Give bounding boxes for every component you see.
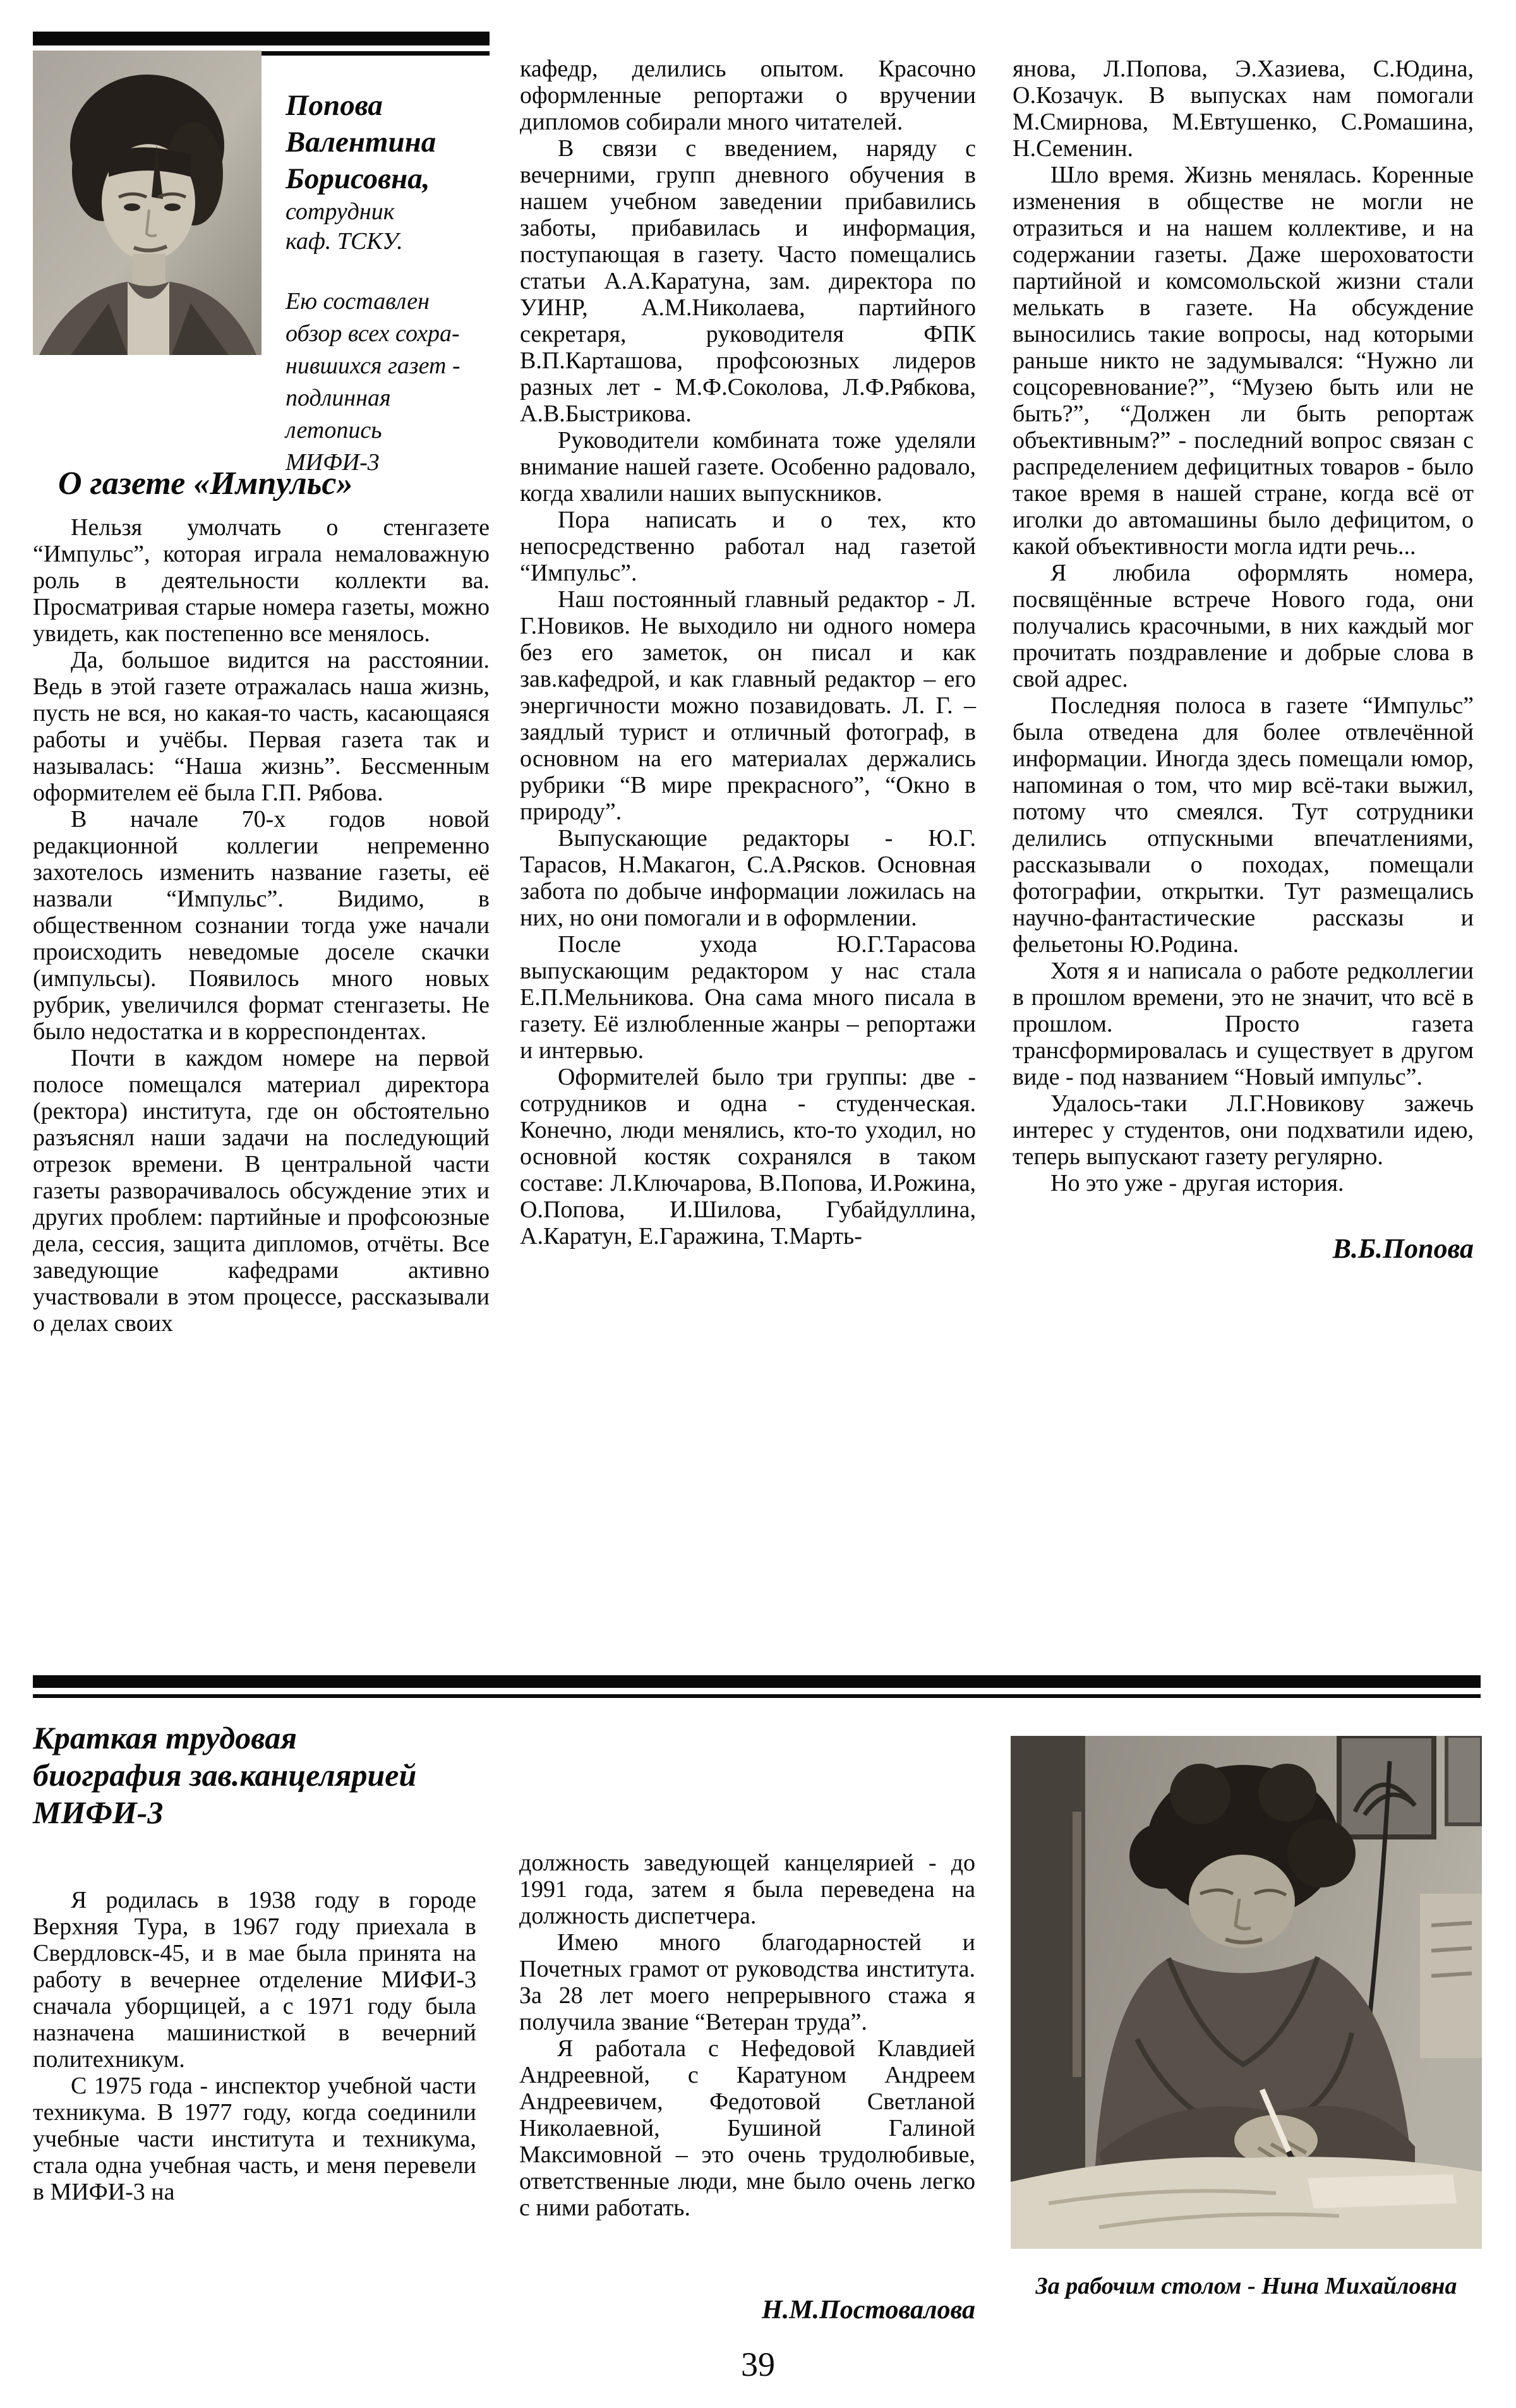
- paragraph: должность заведующей канцелярией - до 19…: [519, 1850, 975, 1929]
- portrait-photo-image: [33, 51, 262, 355]
- paragraph: С 1975 года - инспектор учебной части те…: [33, 2073, 476, 2205]
- page-number: 39: [0, 2345, 1516, 2384]
- bottom-article-column-1: Краткая трудовая биография зав.канцеляри…: [33, 1719, 476, 2205]
- paragraph: Последняя полоса в газете “Импульс” была…: [1013, 692, 1474, 958]
- desk-photo-image: [1011, 1736, 1482, 2249]
- paragraph: Наш постоянный главный редактор - Л. Г.Н…: [520, 586, 976, 825]
- bottom-title-line: биография зав.канцелярией: [33, 1757, 476, 1794]
- paragraph: Шло время. Жизнь менялась. Коренные изме…: [1013, 162, 1474, 560]
- byline-block: Попова Валентина Борисовна, сотрудник ка…: [286, 87, 497, 479]
- byline-note: Ею составлен обзор всех сохра- нившихся …: [286, 286, 497, 479]
- byline-role: сотрудник каф. ТСКУ.: [286, 197, 497, 256]
- byline-note-line: нившихся газет -: [286, 350, 497, 382]
- paragraph: Я работала с Нефедовой Клавдией Андреевн…: [519, 2035, 975, 2221]
- paragraph: Я любила оформлять номера, посвящённые в…: [1013, 560, 1474, 692]
- paragraph: Пора написать и о тех, кто непосредствен…: [520, 507, 976, 586]
- byline-role-line: каф. ТСКУ.: [286, 227, 497, 256]
- paragraph: Имею много благодарностей и Почетных гра…: [519, 1929, 975, 2035]
- byline-name-line: Валентина: [286, 124, 497, 160]
- paragraph: Оформителей было три группы: две - сотру…: [520, 1064, 976, 1249]
- rule-thin: [33, 1694, 1481, 1698]
- section-divider-double-rule: [33, 1675, 1481, 1698]
- bottom-article-column-2: должность заведующей канцелярией - до 19…: [519, 1850, 975, 2326]
- paragraph: В начале 70-х годов новой редакционной к…: [33, 806, 490, 1045]
- byline-note-line: летопись: [286, 414, 497, 447]
- paragraph: Да, большое видится на расстоянии. Ведь …: [33, 647, 490, 806]
- byline-note-line: подлинная: [286, 382, 497, 414]
- paragraph: Почти в каждом номере на первой полосе п…: [33, 1045, 490, 1337]
- article-column-2: кафедр, делились опытом. Красочно оформл…: [520, 56, 976, 1249]
- article-column-1: О газете «Импульс» Нельзя умолчать о сте…: [33, 465, 490, 1337]
- paragraph: Нельзя умолчать о стенгазете “Импульс”, …: [33, 514, 490, 647]
- rule-thick: [33, 32, 490, 45]
- paragraph: В связи с введением, наряду с вечерними,…: [520, 135, 976, 427]
- paragraph: кафедр, делились опытом. Красочно оформл…: [520, 56, 976, 135]
- paragraph: Хотя я и написала о работе редколлегии в…: [1013, 958, 1474, 1090]
- paragraph: Удалось-таки Л.Г.Новикову зажечь интерес…: [1013, 1090, 1474, 1170]
- byline-role-line: сотрудник: [286, 197, 497, 227]
- article-column-3: янова, Л.Попова, Э.Хазиева, С.Юдина, О.К…: [1013, 56, 1474, 1265]
- scanned-book-page: Попова Валентина Борисовна, сотрудник ка…: [0, 0, 1516, 2408]
- paragraph: янова, Л.Попова, Э.Хазиева, С.Юдина, О.К…: [1013, 56, 1474, 162]
- byline-note-line: Ею составлен: [286, 286, 497, 318]
- paragraph: Но это уже - другая история.: [1013, 1170, 1474, 1196]
- rule-thick: [33, 1675, 1481, 1688]
- paragraph: Выпускающие редакторы - Ю.Г. Тарасов, Н.…: [520, 825, 976, 931]
- paragraph: Я родилась в 1938 году в городе Верхняя …: [33, 1887, 476, 2073]
- desk-photo: [1011, 1736, 1482, 2249]
- bottom-article-title: Краткая трудовая биография зав.канцеляри…: [33, 1719, 476, 1831]
- author-signature: Н.М.Постовалова: [519, 2294, 975, 2326]
- bottom-title-line: МИФИ-3: [33, 1794, 476, 1831]
- paragraph: Руководители комбината тоже уделяли вним…: [520, 427, 976, 507]
- byline-name-line: Попова: [286, 87, 497, 124]
- byline-note-line: обзор всех сохра-: [286, 318, 497, 350]
- paragraph: После ухода Ю.Г.Тарасова выпускающим ред…: [520, 931, 976, 1064]
- bottom-title-line: Краткая трудовая: [33, 1719, 476, 1757]
- byline-name-line: Борисовна,: [286, 160, 497, 197]
- article-title: О газете «Импульс»: [33, 465, 490, 503]
- byline-name: Попова Валентина Борисовна,: [286, 87, 497, 197]
- portrait-photo: [33, 51, 262, 355]
- author-signature: В.Б.Попова: [1013, 1233, 1474, 1265]
- photo-caption: За рабочим столом - Нина Михайловна: [1011, 2272, 1482, 2301]
